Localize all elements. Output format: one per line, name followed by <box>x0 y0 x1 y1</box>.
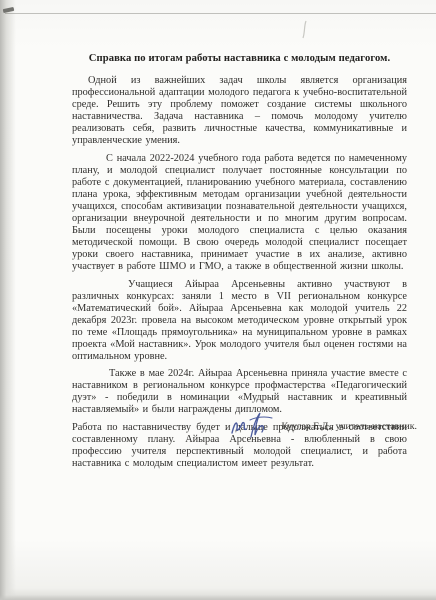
scan-smudge-mark <box>300 20 310 40</box>
scan-bottom-shadow <box>0 595 436 600</box>
document-title: Справка по итогам работы наставника с мо… <box>72 53 407 64</box>
signature-block: Куулар Е.Д., учитель-наставник. <box>230 410 417 442</box>
paragraph-contests: Учащиеся Айыраа Арсеньевны активно участ… <box>72 279 407 364</box>
scan-left-shadow <box>0 0 16 600</box>
paragraph-work-plan: С начала 2022-2024 учебного года работа … <box>72 153 407 274</box>
scan-artifact-line <box>5 13 436 14</box>
handwritten-signature <box>230 410 274 442</box>
scanned-page: Справка по итогам работы наставника с мо… <box>0 0 436 600</box>
signature-caption: Куулар Е.Д., учитель-наставник. <box>281 421 417 432</box>
paragraph-intro: Одной из важнейших задач школы является … <box>72 75 407 148</box>
